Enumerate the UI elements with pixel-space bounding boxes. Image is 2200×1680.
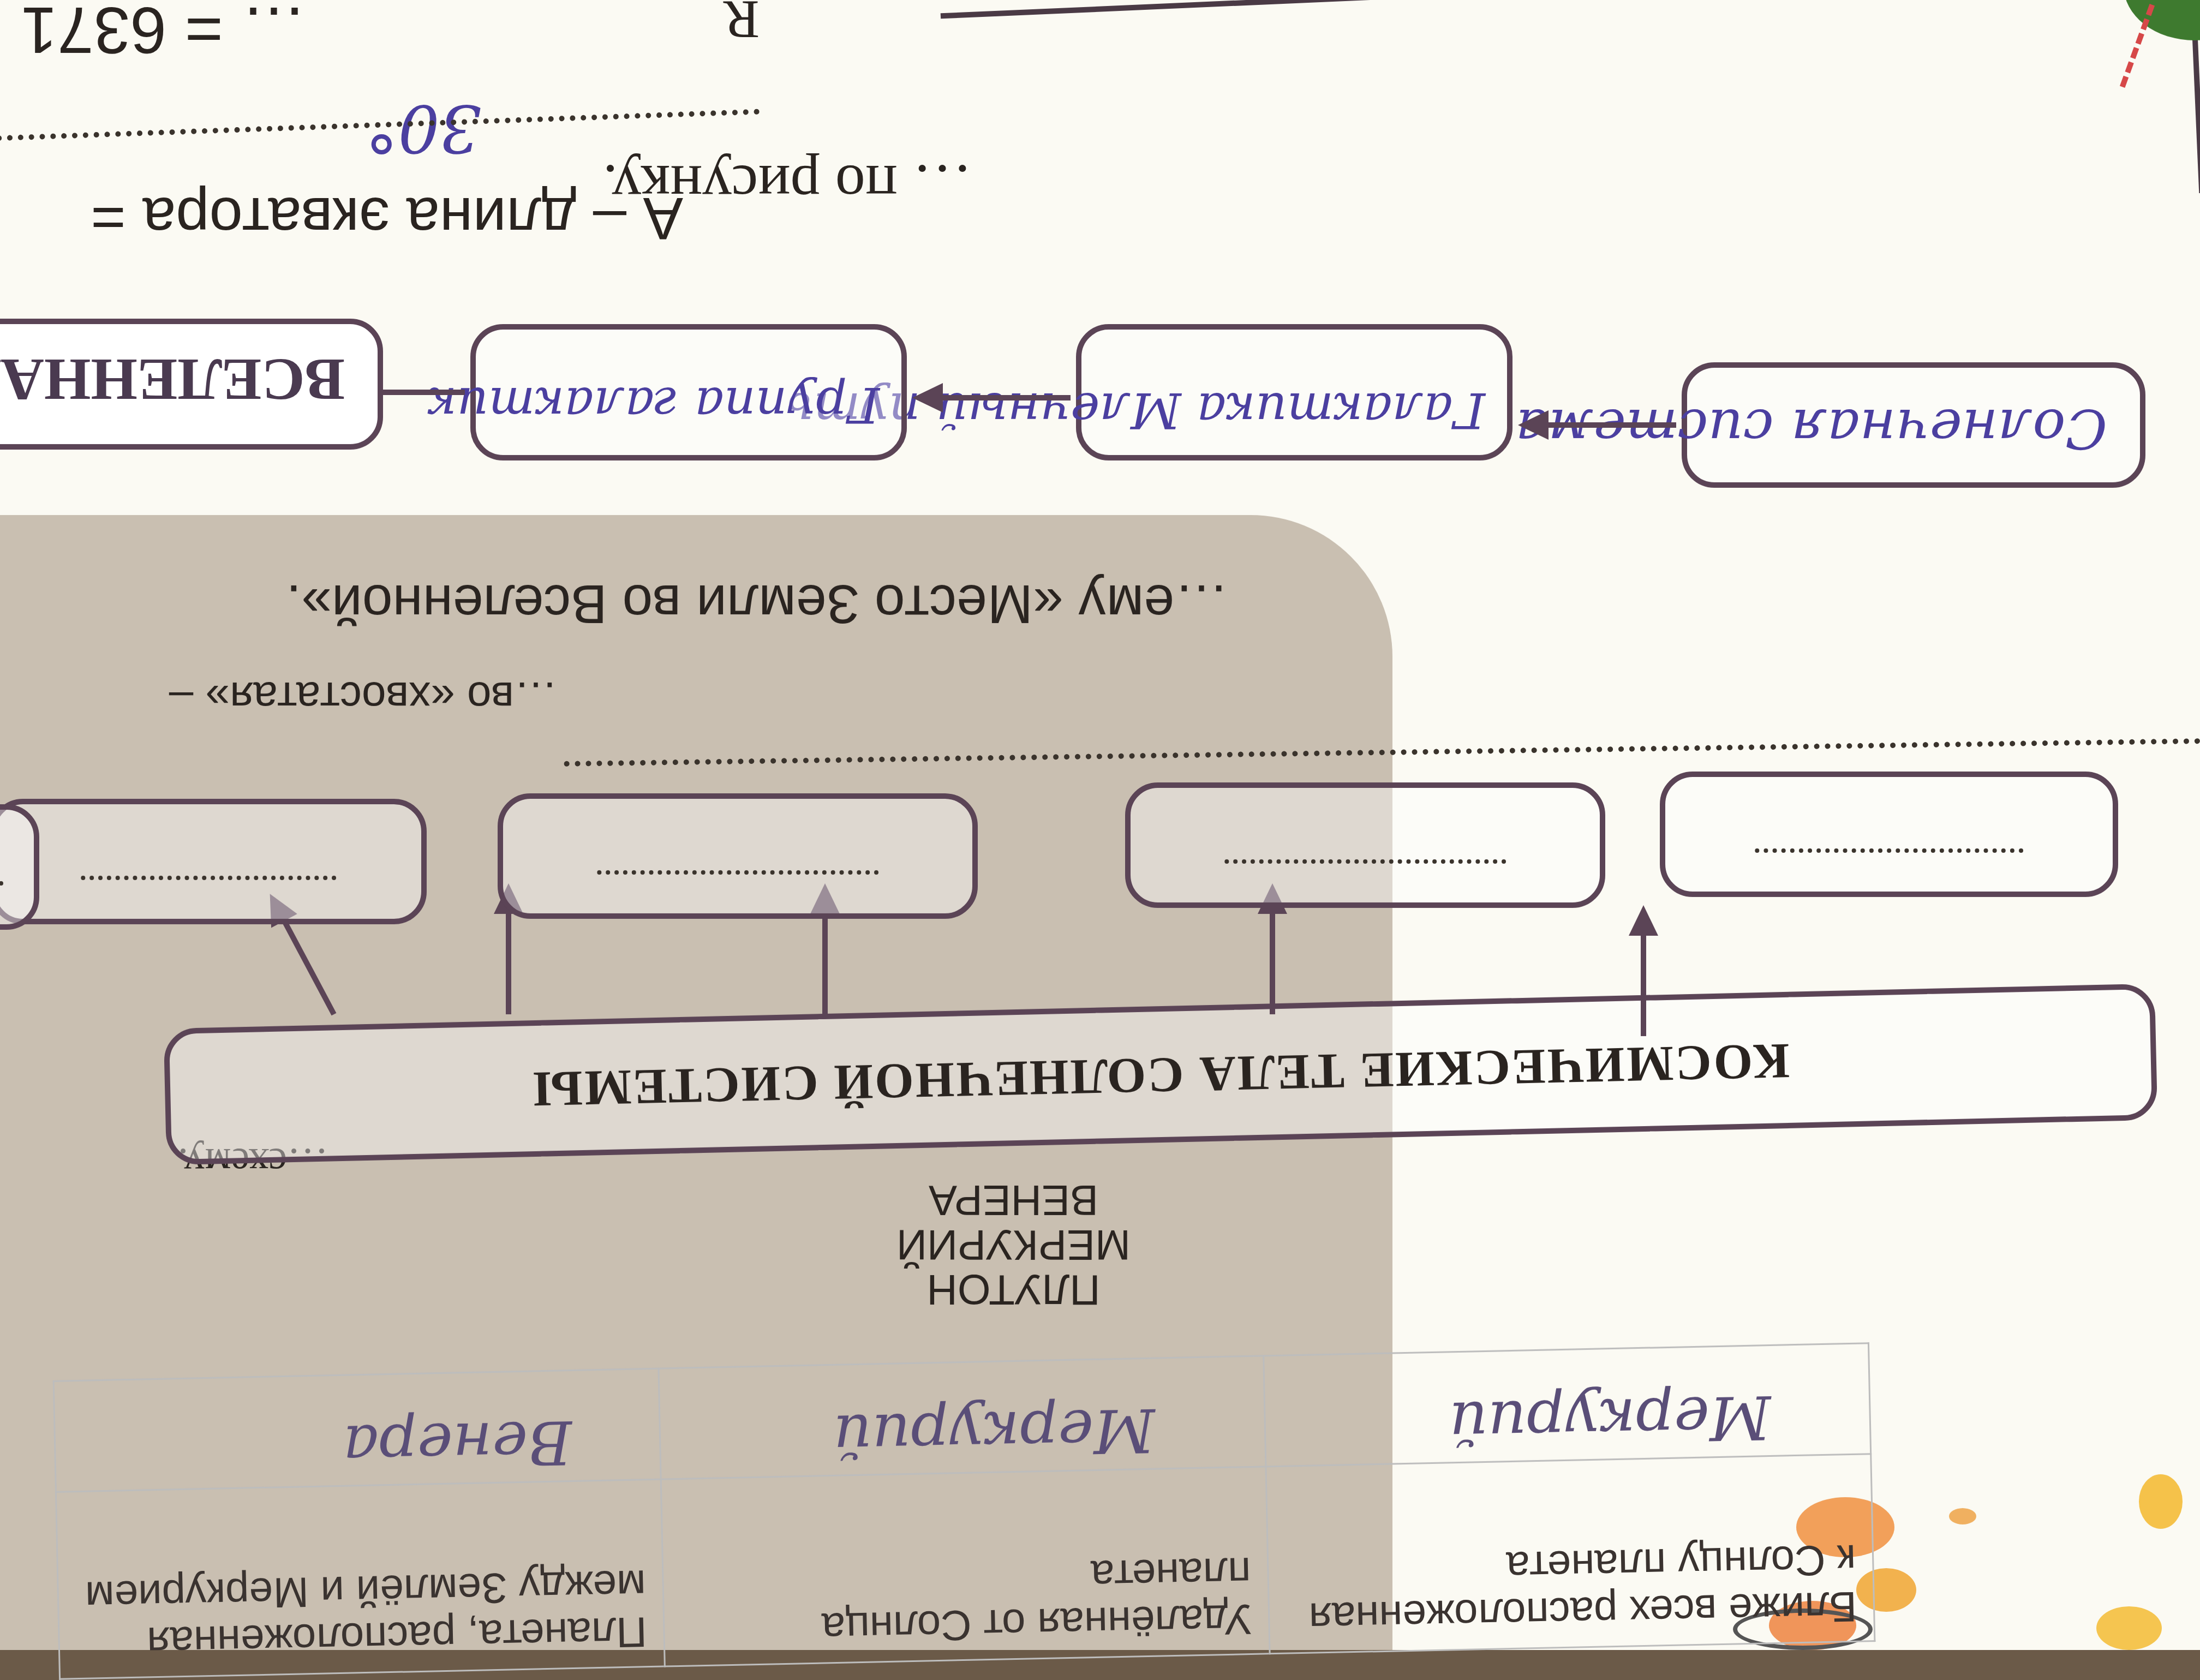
child-box[interactable] — [498, 793, 978, 919]
word-venus: ВЕНЕРА — [896, 1177, 1131, 1222]
handwritten-answer: Группа галактик — [427, 376, 880, 433]
handwritten-answer: Солнечная система — [1516, 397, 2107, 461]
planet-word-list: ПЛУТОН МЕРКУРИЙ ВЕНЕРА — [896, 1177, 1131, 1312]
planet-icon — [2139, 1474, 2183, 1529]
chain-box-galaxy[interactable]: Галактика Млечный путь — [1076, 324, 1512, 461]
handwritten-answer: Меркурий — [833, 1397, 1156, 1469]
workbook-page: Ближе всех расположенная к Солнцу планет… — [0, 0, 2200, 1650]
chain-box-solar-system[interactable]: Солнечная система — [1682, 362, 2145, 488]
table-cell-question: Удалённая от Солнца планета — [661, 1467, 1270, 1650]
table-cell-question: Ближе всех расположенная к Солнцу планет… — [1266, 1454, 1875, 1650]
arrow-connector — [1523, 422, 1676, 428]
child-box[interactable] — [0, 799, 427, 924]
planet-icon — [1949, 1508, 1976, 1524]
child-box[interactable] — [1660, 772, 2118, 897]
word-pluto: ПЛУТОН — [896, 1267, 1131, 1312]
arrow-connector — [918, 395, 1071, 400]
table-cell-answer[interactable]: Венера — [53, 1368, 661, 1492]
handwritten-answer: 30° — [365, 90, 481, 166]
planet-icon — [2096, 1606, 2162, 1650]
radius-text: … = 6371 км — [0, 0, 307, 68]
table-cell-answer[interactable]: Меркурий — [1264, 1343, 1871, 1467]
handwritten-answer: Меркурий — [1449, 1384, 1772, 1456]
chain-box-universe: ВСЕЛЕННАЯ — [0, 319, 383, 450]
root-box-title: КОСМИЧЕСКИЕ ТЕЛА СОЛНЕЧНОЙ СИСТЕМЫ — [170, 1024, 2151, 1127]
comet-task-text: …во «хвостатая» – — [169, 672, 558, 722]
table-cell-answer[interactable]: Меркурий — [659, 1356, 1266, 1479]
child-box[interactable] — [0, 804, 39, 930]
planet-table: Ближе всех расположенная к Солнцу планет… — [53, 1342, 1876, 1650]
arrow-connector — [1641, 911, 1646, 1036]
chain-box-galaxy-group[interactable]: Группа галактик — [470, 324, 907, 461]
word-mercury: МЕРКУРИЙ — [896, 1222, 1131, 1267]
radius-letter: R — [723, 0, 760, 51]
equator-label: А – длина экватора = — [91, 184, 683, 253]
handwritten-answer: Венера — [343, 1409, 573, 1480]
child-box[interactable] — [1125, 782, 1605, 908]
universe-label: ВСЕЛЕННАЯ — [0, 345, 345, 414]
instruction-place-of-earth: …ему «Место Земли во Вселенной». — [286, 572, 1229, 635]
table-cell-question: Планета, расположенная между Землёй и Ме… — [56, 1479, 665, 1650]
